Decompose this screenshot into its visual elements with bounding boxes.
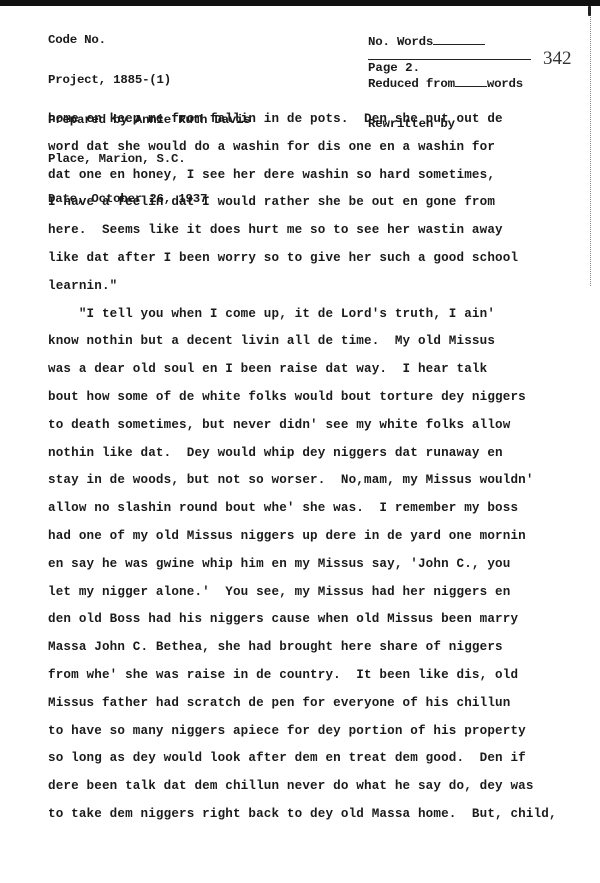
no-words-field: No. Words: [368, 34, 523, 49]
text-line: allow no slashin round bout whe' she was…: [48, 495, 588, 523]
no-words-blank: [433, 34, 485, 45]
text-line: en say he was gwine whip him en my Missu…: [48, 551, 588, 579]
text-line: word dat she would do a washin for dis o…: [48, 134, 588, 162]
text-line: home en keep me from fallin in de pots. …: [48, 106, 588, 134]
text-line: to take dem niggers right back to dey ol…: [48, 801, 588, 829]
text-line: here. Seems like it does hurt me so to s…: [48, 217, 588, 245]
reduced-from-blank: [455, 76, 487, 87]
text-line: Massa John C. Bethea, she had brought he…: [48, 634, 588, 662]
text-line: den old Boss had his niggers cause when …: [48, 606, 588, 634]
text-line: stay in de woods, but not so worser. No,…: [48, 467, 588, 495]
project: Project, 1885-(1): [48, 74, 251, 87]
code-no: Code No.: [48, 34, 251, 47]
page-number: Page 2.: [368, 61, 420, 75]
text-line: was a dear old soul en I been raise dat …: [48, 356, 588, 384]
text-line: let my nigger alone.' You see, my Missus…: [48, 579, 588, 607]
text-line: know nothin but a decent livin all de ti…: [48, 328, 588, 356]
text-line: "I tell you when I come up, it de Lord's…: [48, 301, 588, 329]
text-line: had one of my old Missus niggers up dere…: [48, 523, 588, 551]
text-line: nothin like dat. Dey would whip dey nigg…: [48, 440, 588, 468]
text-line: I have a feelin dat I would rather she b…: [48, 189, 588, 217]
text-line: to have so many niggers apiece for dey p…: [48, 718, 588, 746]
text-line: bout how some of de white folks would bo…: [48, 384, 588, 412]
text-line: learnin.": [48, 273, 588, 301]
text-line: Missus father had scratch de pen for eve…: [48, 690, 588, 718]
text-line: so long as dey would look after dem en t…: [48, 745, 588, 773]
text-line: dere been talk dat dem chillun never do …: [48, 773, 588, 801]
rewritten-by-blank: [368, 59, 531, 60]
scan-top-border: [0, 0, 600, 6]
scan-right-edge: [590, 6, 591, 286]
transcript-body: home en keep me from fallin in de pots. …: [48, 106, 588, 829]
text-line: dat one en honey, I see her dere washin …: [48, 162, 588, 190]
text-line: like dat after I been worry so to give h…: [48, 245, 588, 273]
text-line: to death sometimes, but never didn' see …: [48, 412, 588, 440]
scan-edge-mark: [588, 6, 591, 16]
stamp-number: 342: [543, 48, 572, 70]
text-line: from whe' she was raise in de country. I…: [48, 662, 588, 690]
reduced-from-field: Reduced fromwords: [368, 76, 523, 91]
